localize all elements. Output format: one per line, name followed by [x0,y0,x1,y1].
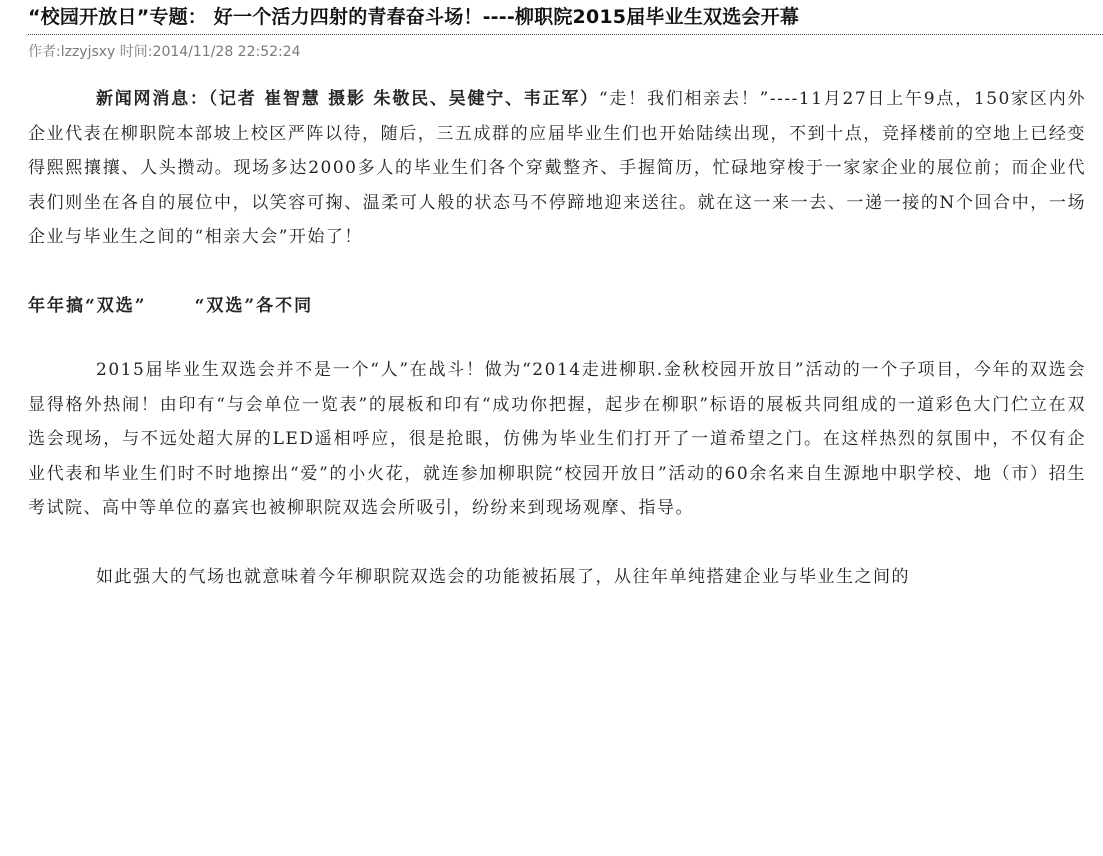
lead-credit: 新闻网消息：（记者 崔智慧 摄影 朱敬民、吴健宁、韦正军） [96,89,599,109]
paragraph-lead: 新闻网消息：（记者 崔智慧 摄影 朱敬民、吴健宁、韦正军）“走！我们相亲去！”-… [28,82,1086,255]
title-divider [28,34,1103,35]
paragraph-2: 2015届毕业生双选会并不是一个“人”在战斗！做为“2014走进柳职.金秋校园开… [28,353,1086,526]
article-meta: 作者:lzzyjsxy 时间:2014/11/28 22:52:24 [28,41,301,61]
author-label: 作者: [28,44,61,60]
author-name: lzzyjsxy [61,44,116,60]
paragraph-3: 如此强大的气场也就意味着今年柳职院双选会的功能被拓展了，从往年单纯搭建企业与毕业… [28,560,1086,595]
time-label: 时间: [115,44,152,60]
subheading-right: “双选”各不同 [195,296,314,316]
subheading-left: 年年搞“双选” [28,296,147,316]
publish-time: 2014/11/28 22:52:24 [153,44,301,60]
article-body: 新闻网消息：（记者 崔智慧 摄影 朱敬民、吴健宁、韦正军）“走！我们相亲去！”-… [28,82,1086,628]
paragraph-1-text: “走！我们相亲去！”----11月27日上午9点，150家区内外企业代表在柳职院… [28,89,1086,247]
article-title: “校园开放日”专题： 好一个活力四射的青春奋斗场！----柳职院2015届毕业生… [28,4,1103,30]
section-subheading: 年年搞“双选”“双选”各不同 [28,289,1086,324]
